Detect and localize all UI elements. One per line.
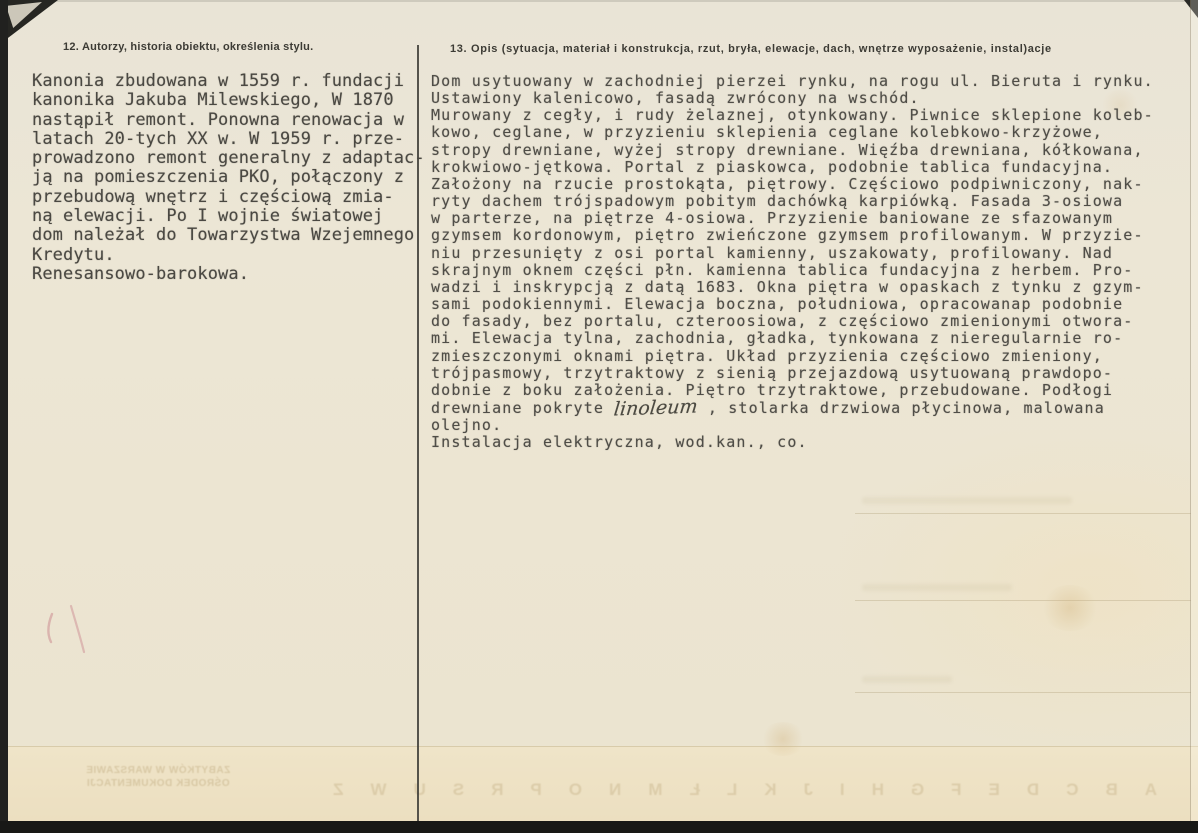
typewritten-line: ryty dachem trójspadowym pobitym dachówk… [431,193,1176,210]
typewritten-line: zmieszczonymi oknami piętra. Układ przyz… [431,348,1176,365]
section-12-header: 12. Autorzy, historia obiektu, określeni… [63,41,313,53]
scan-edge-top [0,0,1198,2]
typewritten-line: stropy drewniane, wyżej stropy drewniane… [431,142,1176,159]
typewritten-line: przebudową wnętrz i częściową zmia- [32,188,424,207]
typewritten-line: kanonika Jakuba Milewskiego, W 1870 [32,91,424,110]
typewritten-line: niu przesunięty z osi portal kamienny, u… [431,245,1176,262]
typewritten-line: kowo, ceglane, w przyzieniu sklepienia c… [431,124,1176,141]
bleedthrough-stamp-line: OŚRODEK DOKUMENTACJI [58,777,258,790]
bleedthrough-form-line [855,513,1191,514]
scan-edge-left [0,0,8,833]
typewritten-line: mi. Elewacja tylna, zachodnia, gładka, t… [431,330,1176,347]
typewritten-line: dom należał do Towarzystwa Wzejemnego [32,226,424,245]
typewritten-line: Założony na rzucie prostokąta, piętrowy.… [431,176,1176,193]
typewritten-line: ją na pomieszczenia PKO, połączony z [32,168,424,187]
typewritten-line: trójpasmowy, trzytraktowy z sienią przej… [431,365,1176,382]
typewritten-fragment: drewniane pokryte [431,399,614,417]
bleedthrough-text-smudge [862,584,1012,591]
typewritten-line: skrajnym oknem części płn. kamienna tabl… [431,262,1176,279]
typewritten-fragment: , stolarka drzwiowa płycinowa, malowana [698,399,1105,417]
typewritten-line: prowadzono remont generalny z adaptac- [32,149,424,168]
typewritten-line: nastąpił remont. Ponowna renowacja w [32,111,424,130]
typewritten-line: Renesansowo-barokowa. [32,265,424,284]
bleedthrough-stamp-line: ZABYTKÓW W WARSZAWIE [58,764,258,777]
typewritten-line: krokwiowo-jętkowa. Portal z piaskowca, p… [431,159,1176,176]
typewritten-line: gzymsem kordonowym, piętro zwieńczone gz… [431,227,1176,244]
typewritten-line-with-handwriting: drewniane pokryte linoleum , stolarka dr… [431,399,1176,417]
bleedthrough-text-smudge [862,497,1072,504]
bleedthrough-stamp: ZABYTKÓW W WARSZAWIE OŚRODEK DOKUMENTACJ… [58,764,258,790]
bleedthrough-alphabet-row: ABCDEFGHIJKLŁMNOPRSUWZ [252,780,1157,800]
typewritten-line: Instalacja elektryczna, wod.kan., co. [431,434,1176,451]
handwritten-word: linoleum [613,399,699,419]
paper-stain [1040,585,1100,631]
typewritten-line: olejno. [431,417,1176,434]
typewritten-line: Ustawiony kalenicowo, fasadą zwrócony na… [431,90,1176,107]
typewritten-line: do fasady, bez portalu, czteroosiowa, z … [431,313,1176,330]
bleedthrough-text-smudge [862,676,952,683]
typewritten-line: w parterze, na piętrze 4-osiowa. Przyzie… [431,210,1176,227]
typewritten-line: Kredytu. [32,246,424,265]
typewritten-line: Kanonia zbudowana w 1559 r. fundacji [32,72,424,91]
paper-stain [760,722,806,756]
typewritten-line: ną elewacji. Po I wojnie światowej [32,207,424,226]
section-13-body: Dom usytuowany w zachodniej pierzei rynk… [431,73,1176,451]
section-12-body: Kanonia zbudowana w 1559 r. fundacji kan… [32,72,424,284]
bleedthrough-form-line [855,692,1191,693]
typewritten-line: Murowany z cegły, i rudy żelaznej, otynk… [431,107,1176,124]
typewritten-line: latach 20-tych XX w. W 1959 r. prze- [32,130,424,149]
typewritten-line: sami podokiennymi. Elewacja boczna, połu… [431,296,1176,313]
typewritten-line: wadzi i inskrypcją z datą 1683. Okna pię… [431,279,1176,296]
paper-crease-highlight [1191,0,1198,833]
scan-edge-bottom [0,821,1198,833]
heritage-record-card: ZABYTKÓW W WARSZAWIE OŚRODEK DOKUMENTACJ… [0,0,1198,833]
bleedthrough-form-line [855,600,1191,601]
red-pencil-mark [40,598,110,668]
typewritten-line: dobnie z boku założenia. Piętro trzytrak… [431,382,1176,399]
typewritten-line: Dom usytuowany w zachodniej pierzei rynk… [431,73,1176,90]
section-13-header: 13. Opis (sytuacja, materiał i konstrukc… [450,43,1052,55]
